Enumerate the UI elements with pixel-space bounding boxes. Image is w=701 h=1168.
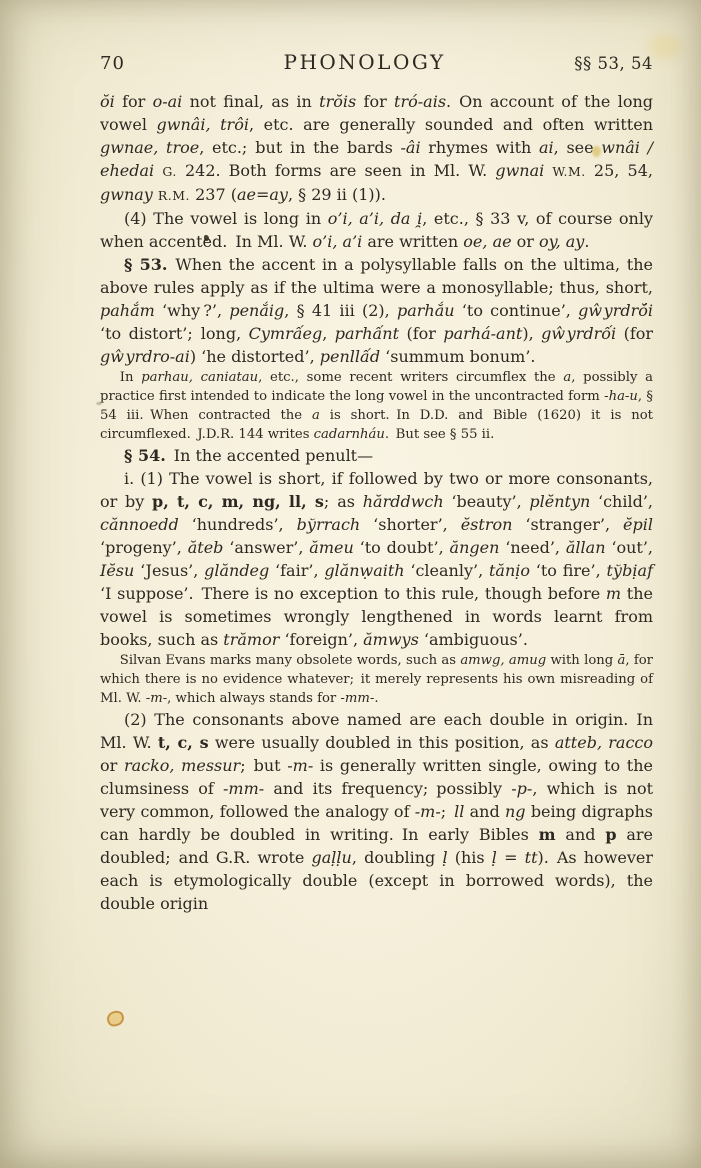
- ink-speck: [204, 235, 209, 241]
- paragraph-continuation: ŏi for o-ai not final, as in trŏis for t…: [100, 90, 653, 207]
- paragraph-54-i-1: i. (1) The vowel is short, if followed b…: [100, 467, 653, 651]
- paragraph-4: (4) The vowel is long in o’i, a’i, da i̯…: [100, 207, 653, 253]
- section-range: §§ 53, 54: [574, 54, 653, 73]
- running-title: PHONOLOGY: [283, 50, 445, 74]
- paper-stain: [592, 146, 601, 157]
- page-header: 70 PHONOLOGY §§ 53, 54: [100, 50, 653, 74]
- paragraph-section-54: § 54. In the accented penult—: [100, 444, 653, 467]
- paragraph-section-53: § 53. When the accent in a polysyllable …: [100, 253, 653, 368]
- page-body: ŏi for o-ai not final, as in trŏis for t…: [100, 90, 653, 915]
- note-circumflex: In parhau, caniatau, etc., some recent w…: [100, 368, 653, 444]
- paper-stain: [105, 1009, 125, 1028]
- paper-stain: [648, 34, 682, 60]
- ink-speck: [96, 402, 102, 405]
- paragraph-54-i-2: (2) The consonants above named are each …: [100, 708, 653, 915]
- note-silvan-evans: Silvan Evans marks many obsolete words, …: [100, 651, 653, 708]
- book-page: 70 PHONOLOGY §§ 53, 54 ŏi for o-ai not f…: [0, 0, 701, 1168]
- page-number: 70: [100, 53, 125, 74]
